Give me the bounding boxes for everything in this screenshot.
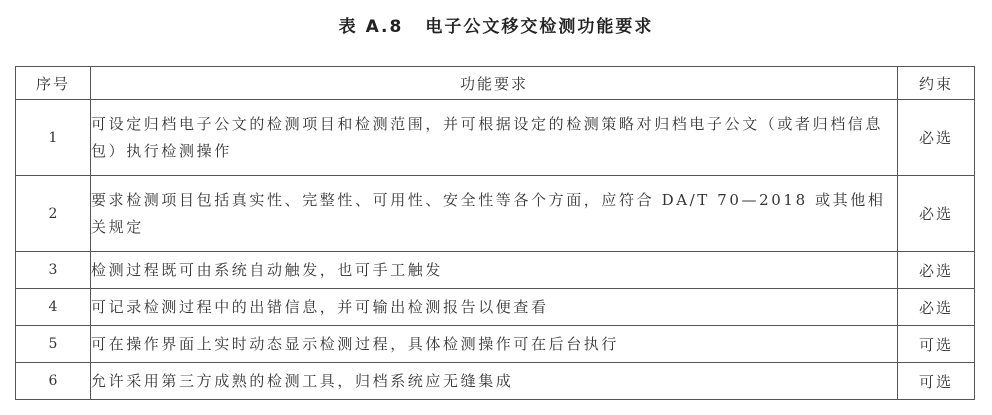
row-number: 3 (16, 252, 91, 289)
requirements-table: 序号 功能要求 约束 1 可设定归档电子公文的检测项目和检测范围，并可根据设定的… (15, 66, 975, 400)
header-constraint: 约束 (898, 67, 975, 100)
table-title: 电子公文移交检测功能要求 (425, 17, 653, 37)
header-serial-number: 序号 (16, 67, 91, 100)
table-row: 2 要求检测项目包括真实性、完整性、可用性、安全性等各个方面，应符合 DA/T … (16, 176, 975, 252)
table-row: 1 可设定归档电子公文的检测项目和检测范围，并可根据设定的检测策略对归档电子公文… (16, 100, 975, 176)
row-requirement: 可在操作界面上实时动态显示检测过程，具体检测操作可在后台执行 (91, 326, 898, 363)
row-constraint: 必选 (898, 252, 975, 289)
header-functional-requirement: 功能要求 (91, 67, 898, 100)
row-requirement: 可设定归档电子公文的检测项目和检测范围，并可根据设定的检测策略对归档电子公文（或… (91, 100, 898, 176)
row-constraint: 必选 (898, 100, 975, 176)
row-requirement: 可记录检测过程中的出错信息，并可输出检测报告以便查看 (91, 289, 898, 326)
row-number: 4 (16, 289, 91, 326)
row-constraint: 必选 (898, 289, 975, 326)
table-header-row: 序号 功能要求 约束 (16, 67, 975, 100)
table-row: 6 允许采用第三方成熟的检测工具，归档系统应无缝集成 可选 (16, 363, 975, 400)
row-constraint: 可选 (898, 363, 975, 400)
table-caption: 表 A.8电子公文移交检测功能要求 (0, 12, 992, 37)
row-constraint: 必选 (898, 176, 975, 252)
table-number: 表 A.8 (339, 17, 404, 37)
row-number: 6 (16, 363, 91, 400)
row-requirement: 检测过程既可由系统自动触发，也可手工触发 (91, 252, 898, 289)
row-requirement: 允许采用第三方成熟的检测工具，归档系统应无缝集成 (91, 363, 898, 400)
row-number: 2 (16, 176, 91, 252)
table-row: 4 可记录检测过程中的出错信息，并可输出检测报告以便查看 必选 (16, 289, 975, 326)
table-row: 3 检测过程既可由系统自动触发，也可手工触发 必选 (16, 252, 975, 289)
table-row: 5 可在操作界面上实时动态显示检测过程，具体检测操作可在后台执行 可选 (16, 326, 975, 363)
row-number: 5 (16, 326, 91, 363)
row-number: 1 (16, 100, 91, 176)
row-constraint: 可选 (898, 326, 975, 363)
row-requirement: 要求检测项目包括真实性、完整性、可用性、安全性等各个方面，应符合 DA/T 70… (91, 176, 898, 252)
